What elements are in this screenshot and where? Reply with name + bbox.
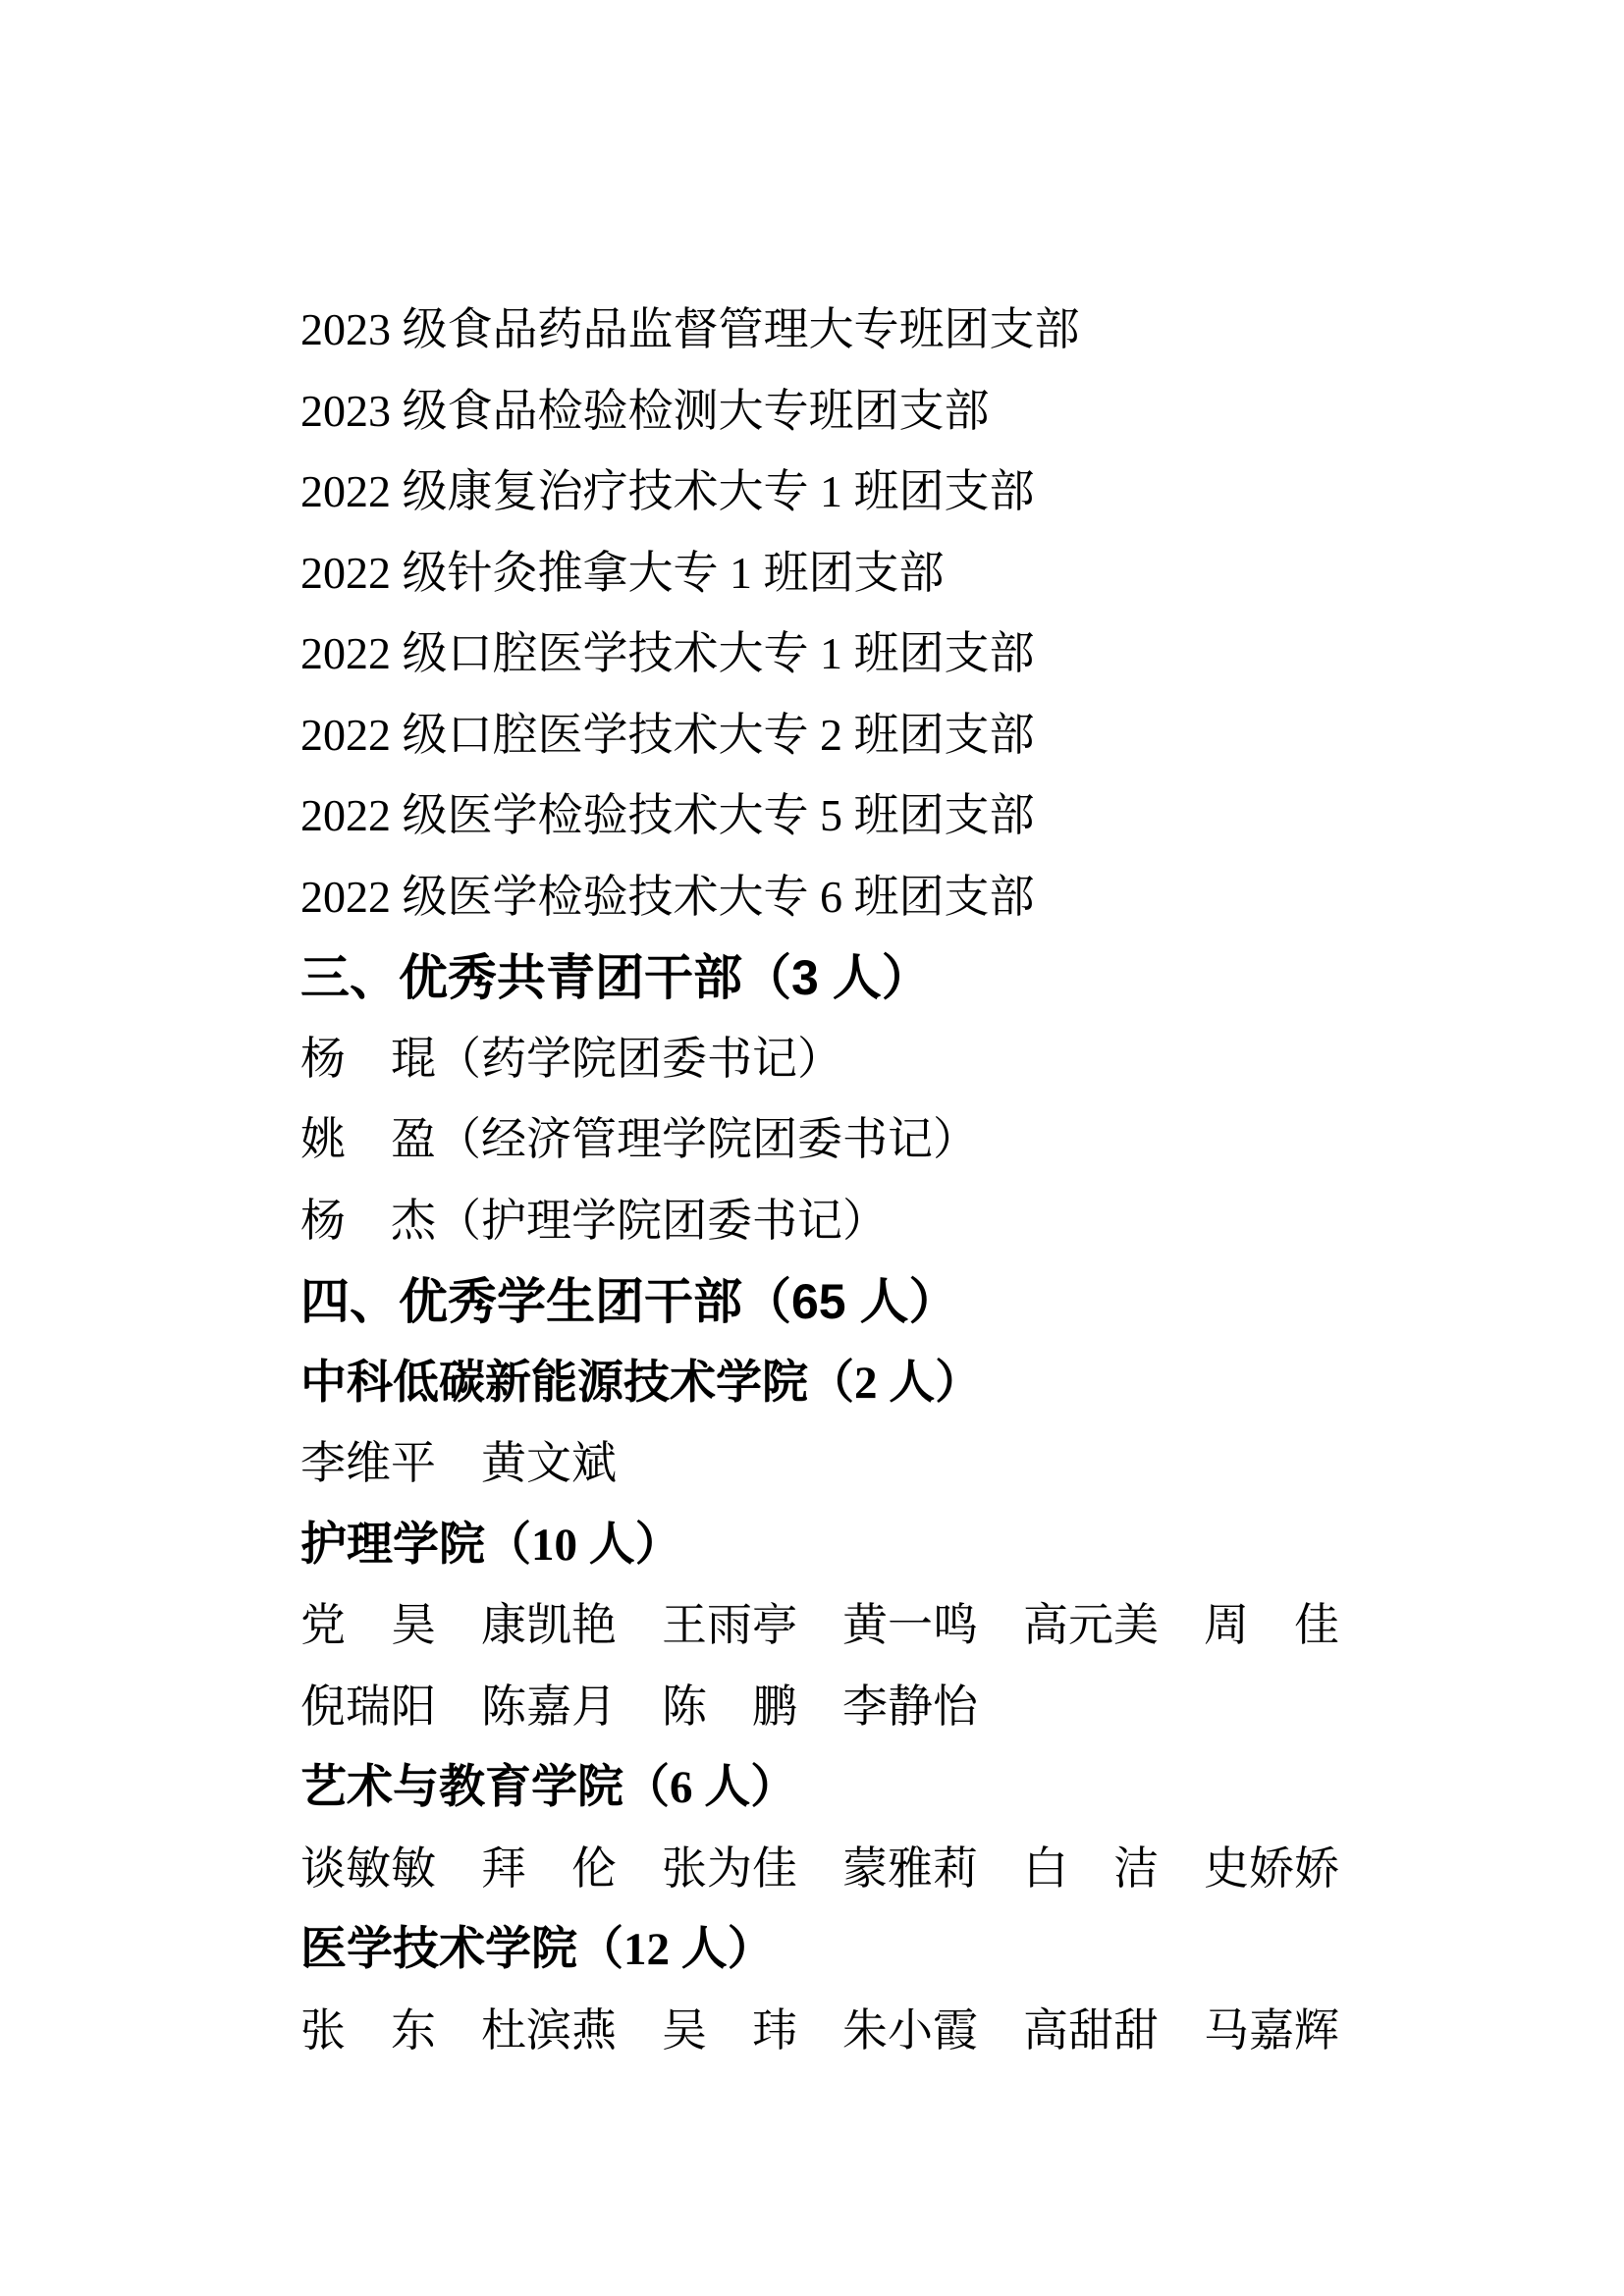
class-branch-line: 2022 级医学检验技术大专 5 班团支部	[300, 775, 1447, 857]
class-branch-line: 2022 级医学检验技术大专 6 班团支部	[300, 857, 1447, 938]
document-page: 2023 级食品药品监督管理大专班团支部 2023 级食品检验检测大专班团支部 …	[0, 0, 1624, 2296]
class-branch-line: 2022 级口腔医学技术大专 1 班团支部	[300, 614, 1447, 695]
cadre-name-line: 杨 琨（药学院团委书记）	[300, 1019, 1447, 1100]
student-names-line: 倪瑞阳 陈嘉月 陈 鹏 李静怡	[300, 1667, 1447, 1748]
student-names-line: 张 东 杜滨燕 吴 玮 朱小霞 高甜甜 马嘉辉	[300, 1991, 1447, 2072]
class-branch-line: 2023 级食品检验检测大专班团支部	[300, 371, 1447, 453]
student-names-line: 党 昊 康凯艳 王雨亭 黄一鸣 高元美 周 佳	[300, 1585, 1447, 1667]
cadre-name-line: 姚 盈（经济管理学院团委书记）	[300, 1099, 1447, 1181]
section-heading-outstanding-league-cadres: 三、优秀共青团干部（3 人）	[300, 937, 1447, 1019]
cadre-name-line: 杨 杰（护理学院团委书记）	[300, 1181, 1447, 1262]
college-heading-nursing: 护理学院（10 人）	[300, 1505, 1447, 1586]
college-heading-low-carbon-energy: 中科低碳新能源技术学院（2 人）	[300, 1343, 1447, 1424]
student-names-line: 谈敏敏 拜 伦 张为佳 蒙雅莉 白 洁 史娇娇	[300, 1829, 1447, 1910]
class-branch-line: 2023 级食品药品监督管理大专班团支部	[300, 290, 1447, 371]
college-heading-art-education: 艺术与教育学院（6 人）	[300, 1747, 1447, 1829]
class-branch-line: 2022 级针灸推拿大专 1 班团支部	[300, 533, 1447, 614]
class-branch-line: 2022 级康复治疗技术大专 1 班团支部	[300, 452, 1447, 533]
section-heading-outstanding-student-cadres: 四、优秀学生团干部（65 人）	[300, 1261, 1447, 1343]
student-names-line: 李维平 黄文斌	[300, 1423, 1447, 1505]
class-branch-line: 2022 级口腔医学技术大专 2 班团支部	[300, 695, 1447, 776]
college-heading-medical-technology: 医学技术学院（12 人）	[300, 1909, 1447, 1991]
